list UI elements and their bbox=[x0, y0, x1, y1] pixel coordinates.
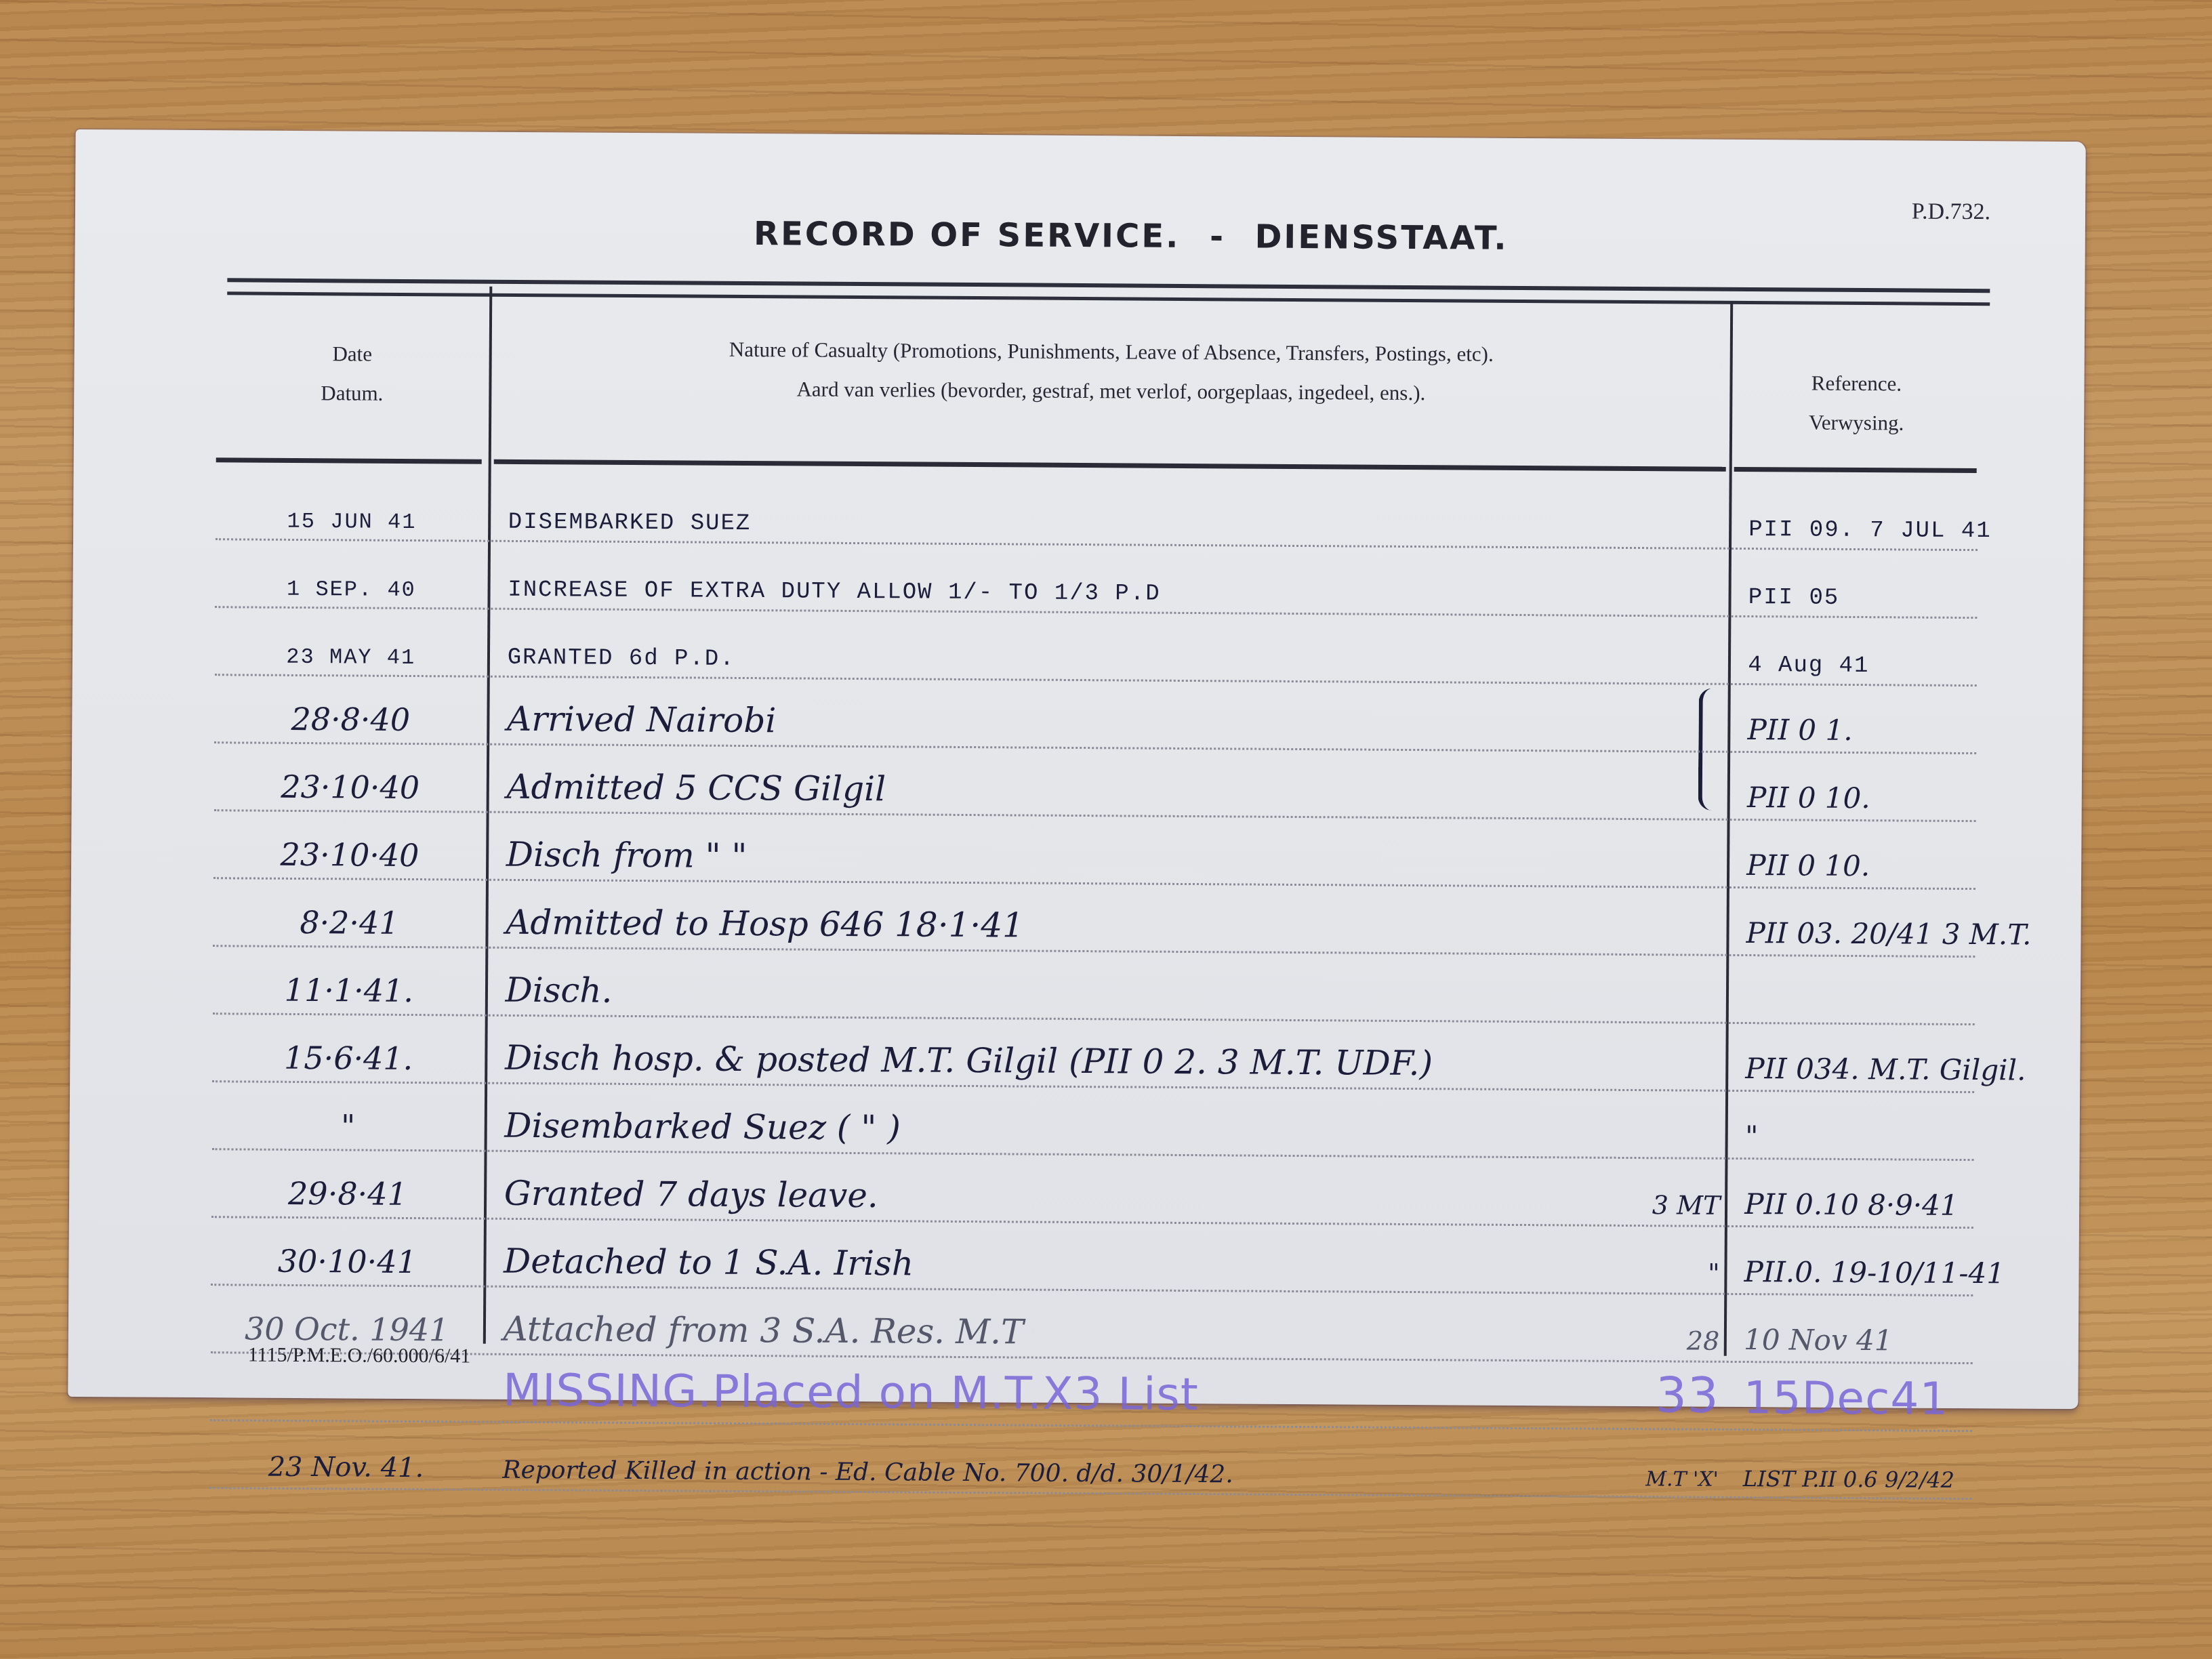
table-row: 30 Oct. 1941Attached from 3 S.A. Res. M.… bbox=[211, 1286, 1973, 1364]
table-row: 30·10·41Detached to 1 S.A. Irish"PII.0. … bbox=[211, 1218, 1973, 1296]
entry-nature: Admitted to Hosp 646 18·1·41 bbox=[485, 903, 1528, 955]
entry-date: 1 SEP. 40 bbox=[215, 576, 487, 609]
table-row: 28·8·40Arrived NairobiPII 0 1. bbox=[214, 676, 1977, 754]
entry-unit-note: M.T 'X' bbox=[1525, 1467, 1728, 1498]
table-row: "Disembarked Suez ( " )" bbox=[212, 1082, 1975, 1161]
entry-reference: PII 0 1. bbox=[1732, 713, 1976, 754]
column-header-nature: Nature of Casualty (Promotions, Punishme… bbox=[508, 329, 1715, 415]
entry-date: 23 Nov. 41. bbox=[209, 1451, 482, 1490]
entry-date: 15·6·41. bbox=[212, 1039, 485, 1084]
entry-reference: 15Dec41 bbox=[1728, 1372, 1972, 1432]
entry-nature: Reported Killed in action - Ed. Cable No… bbox=[482, 1456, 1525, 1497]
table-row: 29·8·41Granted 7 days leave.3 MTPII 0.10… bbox=[211, 1150, 1974, 1229]
entry-reference: PII 09. 7 JUL 41 bbox=[1734, 517, 1978, 551]
table-row: 23·10·40Admitted 5 CCS GilgilPII 0 10. bbox=[214, 743, 1977, 822]
title-english: RECORD OF SERVICE. bbox=[754, 215, 1181, 255]
header-rule bbox=[216, 457, 482, 464]
title-separator: - bbox=[1210, 218, 1225, 255]
entry-nature: Disch. bbox=[485, 970, 1528, 1023]
entry-unit-note: 33 bbox=[1525, 1366, 1729, 1431]
form-number: P.D.732. bbox=[1912, 199, 1990, 226]
reverse-side-bleed-text bbox=[1390, 1317, 1395, 1340]
table-row: 23 MAY 41GRANTED 6d P.D.4 Aug 41 bbox=[215, 608, 1978, 687]
entry-nature: Disembarked Suez ( " ) bbox=[484, 1106, 1527, 1158]
entry-unit-note: 28 bbox=[1525, 1325, 1729, 1363]
table-row: 8·2·41Admitted to Hosp 646 18·1·41PII 03… bbox=[213, 879, 1975, 958]
entry-nature: Arrived Nairobi bbox=[487, 699, 1530, 752]
title-afrikaans: DIENSSTAAT. bbox=[1254, 218, 1508, 258]
entry-reference: " bbox=[1730, 1120, 1974, 1161]
entry-date: 8·2·41 bbox=[213, 903, 485, 948]
column-header-date: Date Datum. bbox=[230, 333, 474, 413]
header-date-en: Date bbox=[230, 333, 474, 374]
table-row: 11·1·41.Disch. bbox=[213, 947, 1975, 1025]
entry-date: 28·8·40 bbox=[214, 700, 487, 745]
header-nature-en: Nature of Casualty (Promotions, Punishme… bbox=[508, 329, 1715, 375]
entry-reference: 4 Aug 41 bbox=[1733, 653, 1977, 687]
table-row: 1 SEP. 40INCREASE OF EXTRA DUTY ALLOW 1/… bbox=[215, 540, 1978, 619]
entry-nature: Disch from " " bbox=[486, 835, 1529, 887]
header-reference-en: Reference. bbox=[1741, 363, 1971, 404]
entry-reference: 10 Nov 41 bbox=[1729, 1323, 1973, 1364]
table-row: 15·6·41.Disch hosp. & posted M.T. Gilgil… bbox=[212, 1015, 1975, 1093]
entry-unit-note: " bbox=[1526, 1257, 1729, 1295]
reverse-side-bleed-text bbox=[678, 1312, 684, 1335]
entry-date: 23·10·40 bbox=[213, 836, 486, 880]
entry-nature: Disch hosp. & posted M.T. Gilgil (PII 0 … bbox=[485, 1038, 1528, 1090]
entry-date: 30·10·41 bbox=[211, 1242, 483, 1287]
table-row: 23·10·40Disch from " "PII 0 10. bbox=[213, 811, 1976, 890]
header-reference-af: Verwysing. bbox=[1741, 403, 1971, 443]
entry-date: 11·1·41. bbox=[213, 971, 485, 1016]
entry-nature: Admitted 5 CCS Gilgil bbox=[486, 767, 1529, 819]
record-of-service-card: P.D.732. RECORD OF SERVICE. - DIENSSTAAT… bbox=[68, 129, 2085, 1409]
header-date-af: Datum. bbox=[230, 373, 474, 413]
entry-date: 29·8·41 bbox=[211, 1174, 484, 1219]
entry-date: " bbox=[212, 1107, 485, 1151]
entry-reference: PII 0 10. bbox=[1732, 781, 1976, 822]
entry-reference: PII 0 10. bbox=[1732, 848, 1975, 890]
printer-imprint: 1115/P.M.E.O./60.000/6/41 bbox=[248, 1344, 471, 1368]
entry-nature: Attached from 3 S.A. Res. M.T bbox=[483, 1309, 1525, 1361]
entry-date: 15 JUN 41 bbox=[216, 508, 488, 541]
card-title: RECORD OF SERVICE. - DIENSSTAAT. bbox=[75, 211, 2085, 261]
table-row: MISSING.Placed on M.T.X3 List3315Dec41 bbox=[210, 1353, 1973, 1432]
entry-reference: LIST P.II 0.6 9/2/42 bbox=[1728, 1466, 1972, 1500]
service-entries: 15 JUN 41DISEMBARKED SUEZPII 09. 7 JUL 4… bbox=[209, 472, 1978, 1500]
entry-date: 23 MAY 41 bbox=[215, 644, 487, 677]
header-nature-af: Aard van verlies (bevorder, gestraf, met… bbox=[508, 368, 1714, 415]
entry-nature: Detached to 1 S.A. Irish bbox=[483, 1242, 1526, 1294]
header-rule bbox=[494, 459, 1726, 472]
entry-nature: MISSING.Placed on M.T.X3 List bbox=[483, 1364, 1525, 1429]
entry-nature: Granted 7 days leave. bbox=[484, 1174, 1527, 1226]
entry-reference: PII.0. 19-10/11-41 bbox=[1729, 1255, 1973, 1296]
entry-reference: PII 03. 20/41 3 M.T. bbox=[1731, 916, 1975, 958]
table-row: 23 Nov. 41.Reported Killed in action - E… bbox=[209, 1421, 1972, 1500]
entry-date: 23·10·40 bbox=[214, 768, 487, 813]
header-rule bbox=[1734, 467, 1977, 473]
table-row: 15 JUN 41DISEMBARKED SUEZPII 09. 7 JUL 4… bbox=[216, 472, 1978, 551]
column-header-reference: Reference. Verwysing. bbox=[1741, 363, 1972, 443]
entry-unit-note: 3 MT bbox=[1526, 1189, 1729, 1227]
entry-reference: PII 034. M.T. Gilgil. bbox=[1730, 1052, 1974, 1093]
entry-reference: PII 05 bbox=[1734, 585, 1978, 619]
entry-reference: PII 0.10 8·9·41 bbox=[1729, 1187, 1973, 1229]
